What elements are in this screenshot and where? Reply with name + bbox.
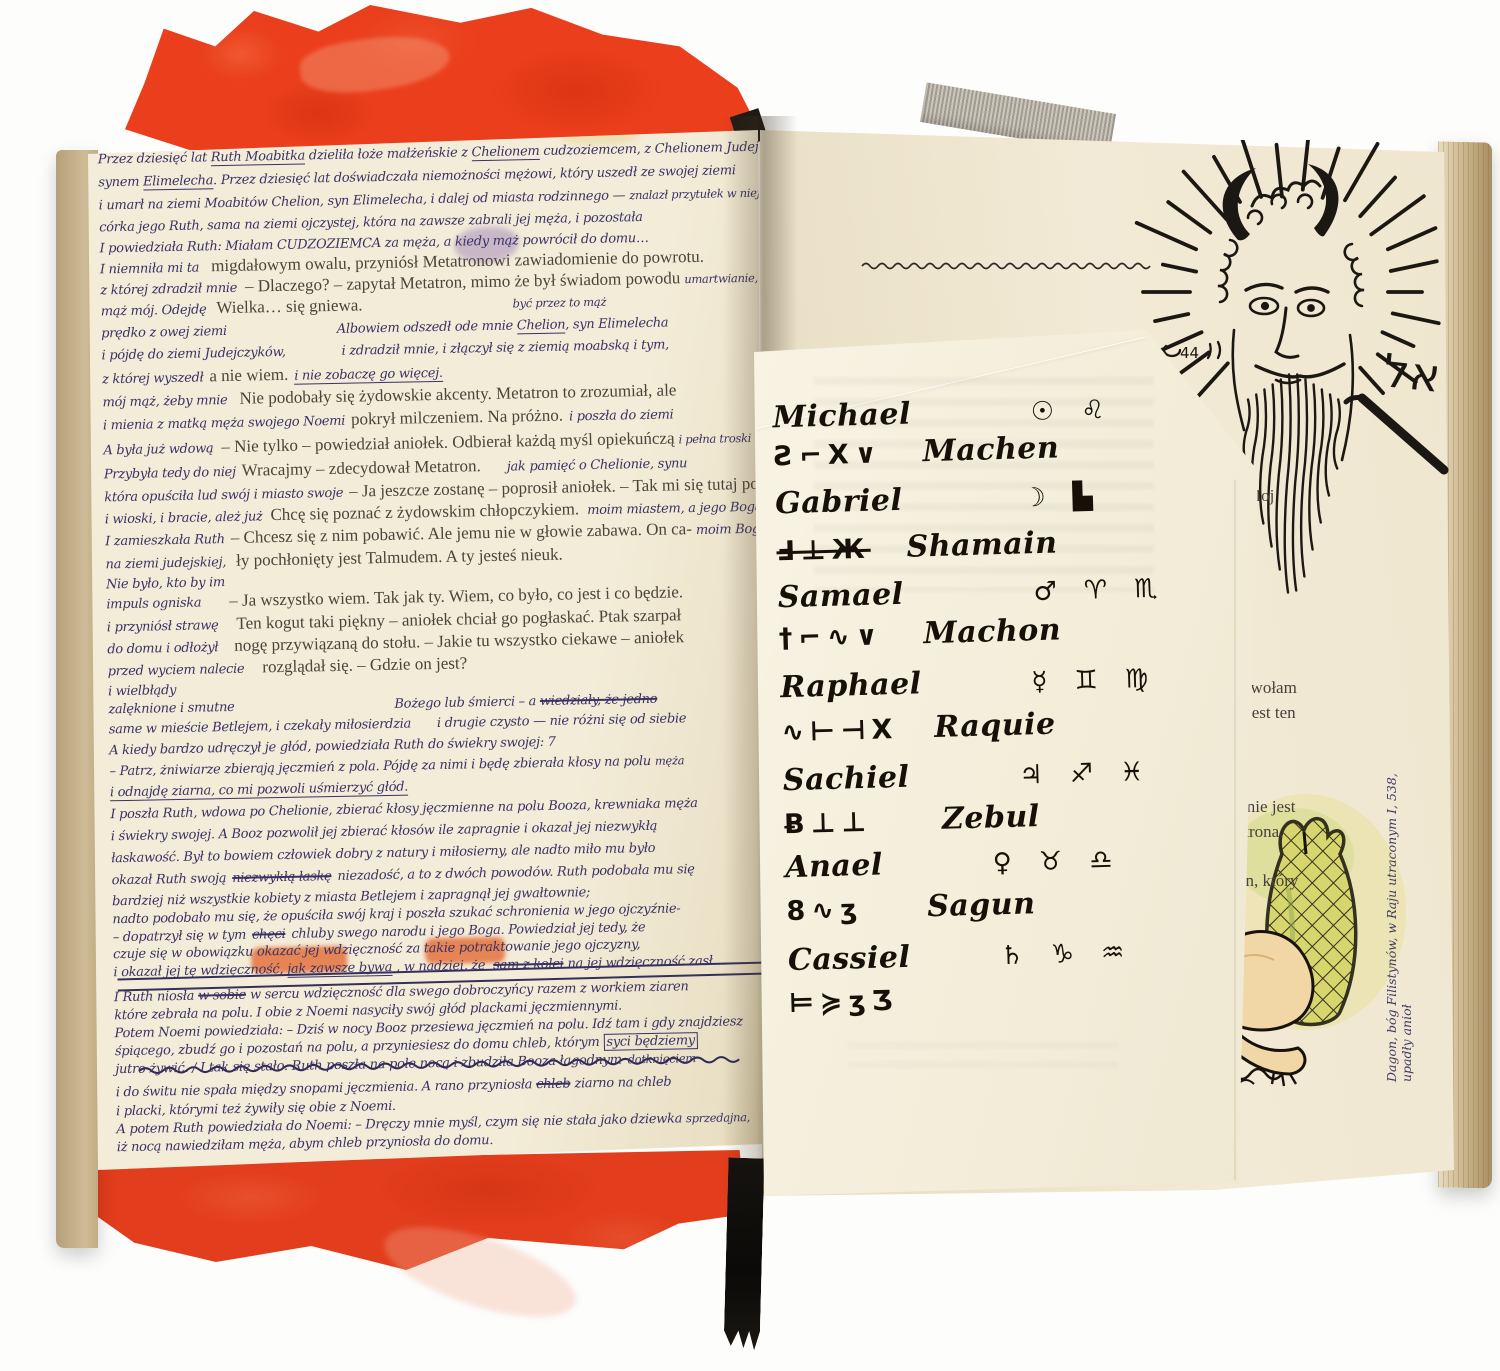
handwritten-text: i do świtu nie spała między snopami jęcz… [116, 1077, 533, 1100]
handwritten-text: mój mąż, żeby mnie [102, 393, 227, 410]
angel-name: Sachiel [782, 760, 909, 799]
handwritten-text: i mienia z matką męża swojego Noemi [103, 414, 345, 434]
printed-text: – Nie tylko – powiedział aniołek. Odbier… [221, 428, 674, 456]
handwritten-text: Przez dziesięć lat [98, 150, 211, 167]
book-photograph: Przez dziesięć lat Ruth Moabitka dzielił… [0, 0, 1500, 1371]
handwritten-text: w sobie [198, 988, 246, 1004]
print-fragment: en, który [1238, 871, 1298, 891]
handwritten-text: Przybyła tedy do niej [104, 465, 236, 483]
angel-table-row: Samael♂ ♈ ♏ [777, 569, 1167, 615]
angel-table-row: ∿⊢⊣ⅩRaquie [781, 707, 1056, 750]
heaven-name: Raquie [934, 707, 1056, 745]
handwritten-text: Chelionem [471, 144, 539, 161]
handwritten-text: do domu i odłożył [107, 640, 218, 657]
planet-zodiac-symbols: ♃ ♐ ♓ [1019, 757, 1153, 791]
handwritten-text: sprzedajna, [686, 1110, 750, 1125]
printed-text: Wracajmy – zdecydował Metatron. [242, 456, 481, 480]
hebrew-letters: אל [1381, 343, 1443, 403]
wavy-rule-ornament [860, 258, 1160, 282]
angel-table-row: Gabriel☽ ▙ [775, 477, 1102, 521]
sigil-glyphs: ⊨≽ʒƷ [789, 985, 899, 1019]
planet-zodiac-symbols: ☉ ♌ [1030, 395, 1113, 427]
planet-zodiac-symbols: ♀ ♉ ♎ [992, 845, 1122, 879]
handwritten-text: synem [98, 175, 143, 191]
sigil-glyphs: ∿⊢⊣Ⅹ [781, 714, 899, 748]
handwritten-text: Elimelecha [143, 173, 213, 190]
handwritten-text: z której zdradził mnie [100, 281, 237, 299]
sigil-glyphs: Ⅎ⊥Ж [776, 534, 871, 568]
angel-table-row: Sachiel♃ ♐ ♓ [782, 753, 1152, 798]
angel-table-row: †⌐∿∨Machon [778, 612, 1061, 655]
handwritten-text: i odnajdę ziarna, co mi pozwoli uśmierzy… [110, 780, 408, 802]
handwritten-text: niezwykłą łaskę [232, 869, 332, 886]
angel-table-row: Ƨ⌐Ⅹ∨Machen [773, 430, 1059, 473]
angel-table-row: Michael☉ ♌ [772, 391, 1114, 436]
handwritten-text: sam z kolei [493, 957, 564, 973]
handwritten-text: i nie zobaczę go więcej. [294, 366, 443, 385]
tracing-paper-overlay: Michael☉ ♌Ƨ⌐Ⅹ∨MachenGabriel☽ ▙Ⅎ⊥ЖShamain… [752, 330, 1262, 1200]
handwritten-text: , syn Elimelecha [565, 316, 668, 333]
heaven-name: Machon [923, 612, 1061, 651]
red-tissue-paper-top [125, 2, 770, 150]
heaven-name: Shamain [906, 525, 1058, 564]
planet-zodiac-symbols: ☽ ▙ [1022, 481, 1102, 513]
handwritten-text: i wielbłądy [108, 683, 176, 699]
heaven-name: Zebul [942, 799, 1041, 837]
sigil-glyphs: Ƨ⌐Ⅹ∨ [773, 438, 883, 472]
handwritten-text: Bożego lub śmierci – a [394, 694, 540, 712]
printed-text: Wielka… się gniewa. [216, 295, 362, 317]
handwritten-text: z której wyszedł [102, 370, 204, 387]
handwritten-text: A była już wdową [103, 441, 213, 458]
handwritten-text: i drugie czysto — nie różni się od siebi… [437, 711, 686, 731]
handwritten-text: . Przez dziesięć lat doświadczała niemoż… [213, 163, 736, 188]
handwritten-text: ziarno na chleb [574, 1075, 671, 1092]
handwritten-text: która opuściła lud swój i miasto swoje [104, 486, 343, 506]
printed-text: rozglądał się. – Gdzie on jest? [262, 653, 467, 676]
angel-name: Gabriel [775, 483, 903, 522]
handwritten-text: chleb [536, 1077, 571, 1093]
angel-table-row: 8∿ʒSagun [786, 886, 1036, 928]
handwritten-text: same w mieście Betlejem, i czekały miłos… [109, 717, 411, 738]
handwritten-text: jak zawsze bywa [287, 960, 392, 978]
planet-zodiac-symbols: ♄ ♑ ♒ [1000, 938, 1134, 972]
small-ink-marks: 44 [1180, 344, 1199, 362]
manuscript-line: Nie było, kto by im [106, 573, 225, 594]
handwritten-text: i wioski, i bracie, ależ już [105, 509, 263, 527]
handwritten-text: Nie było, kto by im [106, 575, 225, 592]
angel-name: Raphael [780, 666, 922, 705]
handwritten-text: Chelion [517, 317, 566, 334]
angel-table-row: Anael♀ ♉ ♎ [785, 841, 1122, 885]
angel-table-row: Raphael☿ ♊ ♍ [780, 660, 1158, 706]
handwritten-text: męża [655, 753, 685, 768]
angel-name: Anael [785, 847, 883, 885]
black-ribbon-bookmark [723, 1158, 764, 1351]
planet-zodiac-symbols: ♂ ♈ ♏ [1033, 573, 1167, 607]
handwritten-text: mąż mój. Odejdę [101, 302, 207, 319]
planet-zodiac-symbols: ☿ ♊ ♍ [1031, 664, 1157, 697]
handwritten-text: chęci [252, 927, 286, 943]
beard-strokes [1244, 375, 1340, 593]
handwritten-text: jak pamięć o Chelionie, synu [507, 456, 688, 474]
angel-name: Michael [772, 397, 911, 436]
handwritten-text: i pójdę do ziemi Judejczyków, [101, 345, 285, 364]
handwritten-text: i przyniósł strawę [107, 618, 219, 635]
left-manuscript-page: Przez dziesięć lat Ruth Moabitka dzielił… [80, 124, 764, 1176]
angel-name: Cassiel [787, 940, 910, 978]
handwritten-text: i pełna troski [678, 431, 751, 446]
handwritten-text: niezadość, a to z dwóch powodów. Ruth po… [337, 862, 694, 884]
handwritten-text: I niemniła mi ta [100, 260, 200, 277]
angel-table-row: Cassiel♄ ♑ ♒ [787, 934, 1133, 979]
handwritten-text: syci będziemy [603, 1032, 698, 1051]
handwritten-text: okazał Ruth swoją [112, 871, 227, 888]
handwritten-text: moim miastem, a jego Boga — [587, 499, 779, 518]
handwritten-text: Albowiem odszedł ode mnie [337, 318, 517, 336]
handwritten-text: I zamieszkała Ruth [105, 532, 225, 549]
manuscript-line: przed wyciem nalecierozglądał się. – Gdz… [107, 654, 467, 681]
handwritten-text: na ziemi judejskiej, [105, 555, 226, 572]
handwritten-text: być przez to mąż [512, 295, 606, 311]
handwritten-text: wiedziały, że jedno [540, 692, 658, 709]
heaven-name: Machen [922, 430, 1060, 469]
handwritten-text: i okazał jej tę wdzięczność, [113, 962, 283, 980]
angel-table-row: ⊨≽ʒƷ [789, 985, 899, 1019]
handwritten-text: iż nocą nawiedziłam męża, abym chleb prz… [117, 1133, 494, 1155]
handwritten-text: dotknięciem [628, 1051, 697, 1066]
handwritten-text: zalęknione i smutne [108, 700, 234, 717]
handwritten-text: i zdradził mnie, i złączył się z ziemią … [341, 337, 669, 358]
heaven-name: Sagun [927, 886, 1036, 924]
printed-text: a nie wiem. [209, 365, 288, 386]
handwritten-text: na jej wdzięczność zasł… [567, 954, 725, 972]
sigil-glyphs: Ƀ⊥⊥ [784, 807, 873, 840]
dagon-annotation: Dagon, bóg Filistynów, w Raju utraconym … [1384, 760, 1414, 1082]
handwritten-text: Ruth Moabitka [211, 148, 306, 166]
handwritten-text: dzieliła łoże małżeńskie z [305, 145, 472, 163]
angel-sigil-table: Michael☉ ♌Ƨ⌐Ⅹ∨MachenGabriel☽ ▙Ⅎ⊥ЖShamain… [764, 317, 1268, 1200]
sigil-glyphs: 8∿ʒ [786, 894, 864, 927]
handwritten-text: i poszła do ziemi [569, 407, 674, 424]
angel-name: Samael [777, 577, 904, 615]
manuscript-line: i odnajdę ziarna, co mi pozwoli uśmierzy… [110, 778, 408, 803]
printed-text: ły pochłonięty jest Talmudem. A ty jeste… [236, 545, 563, 570]
handwritten-text: , w nadziei, że [396, 958, 485, 975]
handwritten-text: przed wyciem nalecie [108, 662, 245, 680]
printed-text: pokrył milczeniem. Na próżno. [351, 406, 563, 429]
handwritten-text: impuls ogniska [106, 596, 201, 613]
handwritten-text: prędko z owej ziemi [101, 324, 227, 341]
angel-table-row: Ⅎ⊥ЖShamain [776, 525, 1058, 568]
handwritten-text: I Ruth niosła [114, 989, 195, 1006]
print-fragment: jest ten [1247, 703, 1296, 723]
angel-table-row: Ƀ⊥⊥Zebul [784, 799, 1041, 841]
manuscript-text-block: Przez dziesięć lat Ruth Moabitka dzielił… [89, 126, 779, 1169]
sigil-glyphs: †⌐∿∨ [779, 620, 884, 654]
